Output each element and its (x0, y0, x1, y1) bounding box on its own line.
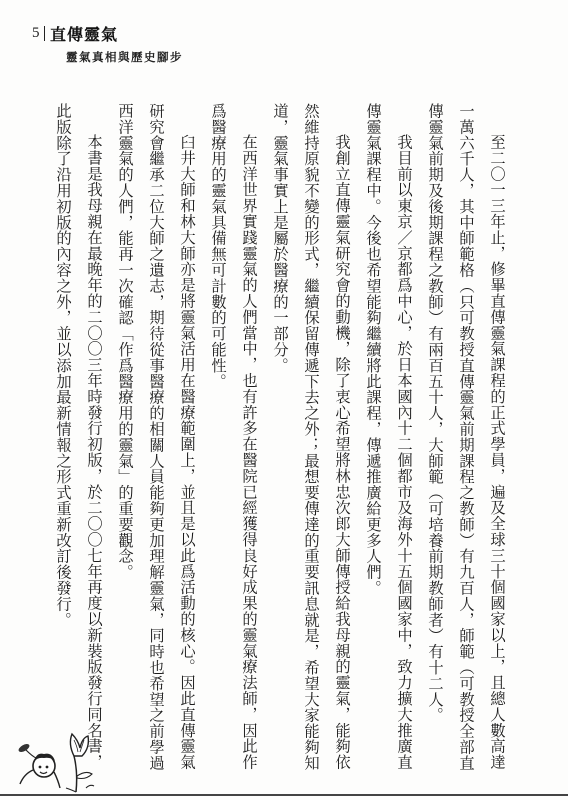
book-title: 直傳靈氣 (50, 22, 118, 45)
page-bottom-rule (0, 794, 568, 796)
paragraph-5-line-2: 研究會繼承二位大師之遺志，期待從事醫療的相關人員能夠更加理解靈氣，同時也希望之前… (140, 103, 171, 743)
header-divider (44, 26, 46, 41)
paragraph-4-line-1: 在西洋世界實踐靈氣的人們當中，也有許多在醫院已經獲得良好成果的靈氣療法師，因此作 (233, 103, 264, 743)
paragraph-1-line-3: 傳靈氣前期及後期課程之教師）有兩百五十人，大師範（可培養前期教師者）有十二人。 (419, 103, 450, 743)
paragraph-3-line-2: 然維持原貌不變的形式，繼續保留傳遞下去之外；最想要傳達的重要訊息就是，希望大家能… (295, 103, 326, 743)
paragraph-2-line-2: 傳靈氣課程中。今後也希望能夠繼續將此課程，傳遞推廣給更多人們。 (357, 103, 388, 743)
paragraph-5-line-3: 西洋靈氣的人們，能再一次確認「作爲醫療用的靈氣」的重要觀念。 (109, 103, 140, 743)
page-number: 5 (32, 25, 40, 42)
header-title-row: 5 直傳靈氣 (32, 22, 183, 45)
flower-sprite-illustration-icon (14, 726, 114, 794)
book-page: 5 直傳靈氣 靈氣真相與歷史腳步 至二〇一三年止，修畢直傳靈氣課程的正式學員，遍… (0, 0, 568, 800)
chapter-title: 靈氣真相與歷史腳步 (66, 49, 183, 65)
paragraph-3-line-1: 我創立直傳靈氣研究會的動機，除了衷心希望將林忠次郎大師傳授給我母親的靈氣，能夠依 (326, 103, 357, 743)
paragraph-3-line-3: 道，靈氣事實上是屬於醫療的一部分。 (264, 103, 295, 743)
paragraph-2-line-1: 我目前以東京／京都爲中心，於日本國內十二個都市及海外十五個國家中，致力擴大推廣直 (388, 103, 419, 743)
paragraph-6-line-1: 本書是我母親在最晚年的二〇〇三年時發行初版，於二〇〇七年再度以新裝版發行同名書， (78, 103, 109, 743)
paragraph-4-line-2: 爲醫療用的靈氣具備無可計數的可能性。 (202, 103, 233, 743)
paragraph-1-line-2: 一萬六千人，其中師範格（只可教授直傳靈氣前期課程之教師）有九百人，師範（可教授全… (450, 103, 481, 743)
paragraph-6-line-2: 此版除了沿用初版的內容之外，並以添加最新情報之形式重新改訂後發行。 (47, 103, 78, 743)
vertical-body-text: 至二〇一三年止，修畢直傳靈氣課程的正式學員，遍及全球三十個國家以上，且總人數高達… (47, 103, 512, 743)
running-header: 5 直傳靈氣 靈氣真相與歷史腳步 (32, 22, 183, 65)
paragraph-1-line-1: 至二〇一三年止，修畢直傳靈氣課程的正式學員，遍及全球三十個國家以上，且總人數高達 (481, 103, 512, 743)
paragraph-5-line-1: 臼井大師和林大師亦是將靈氣活用在醫療範圍上，並且是以此爲活動的核心。因此直傳靈氣 (171, 103, 202, 743)
